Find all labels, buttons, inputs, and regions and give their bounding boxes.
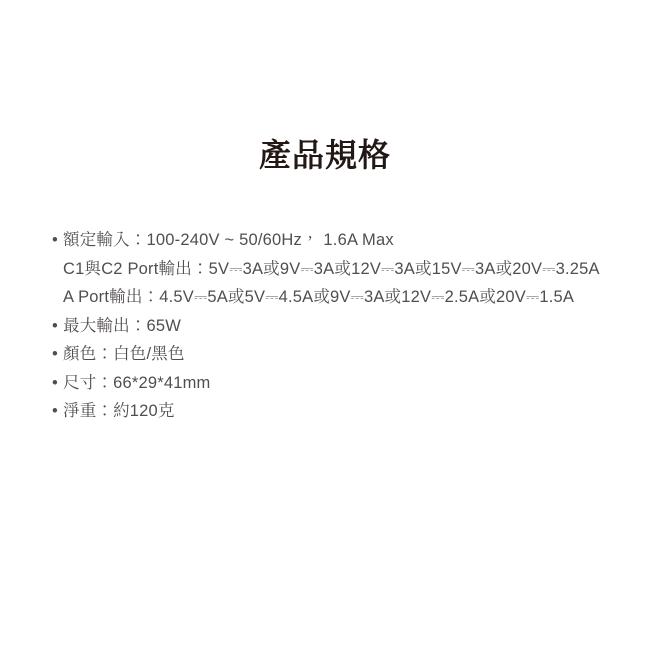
spec-item-weight: • 淨重：約120克: [52, 397, 620, 426]
spec-text: 淨重：約120克: [63, 397, 175, 426]
spec-text: C1與C2 Port輸出：5V⎓3A或9V⎓3A或12V⎓3A或15V⎓3A或2…: [63, 255, 600, 284]
spec-text: 最大輸出：65W: [63, 312, 181, 341]
spec-item-color: • 顏色：白色/黑色: [52, 340, 620, 369]
page-title: 產品規格: [0, 139, 650, 171]
spec-text: 額定輸入：100-240V ~ 50/60Hz， 1.6A Max: [63, 226, 394, 255]
spec-item-c-port-output: C1與C2 Port輸出：5V⎓3A或9V⎓3A或12V⎓3A或15V⎓3A或2…: [52, 255, 620, 284]
product-spec-page: 產品規格 • 額定輸入：100-240V ~ 50/60Hz， 1.6A Max…: [0, 0, 650, 650]
bullet-marker: •: [52, 397, 63, 426]
spec-list: • 額定輸入：100-240V ~ 50/60Hz， 1.6A Max C1與C…: [52, 226, 620, 426]
spec-text: 顏色：白色/黑色: [63, 340, 185, 369]
spec-text: A Port輸出：4.5V⎓5A或5V⎓4.5A或9V⎓3A或12V⎓2.5A或…: [63, 283, 574, 312]
bullet-marker: •: [52, 312, 63, 341]
spec-item-max-output: • 最大輸出：65W: [52, 312, 620, 341]
spec-text: 尺寸：66*29*41mm: [63, 369, 211, 398]
bullet-marker: •: [52, 226, 63, 255]
bullet-marker: •: [52, 340, 63, 369]
spec-item-a-port-output: A Port輸出：4.5V⎓5A或5V⎓4.5A或9V⎓3A或12V⎓2.5A或…: [52, 283, 620, 312]
bullet-marker: •: [52, 369, 63, 398]
spec-item-dimensions: • 尺寸：66*29*41mm: [52, 369, 620, 398]
spec-item-rated-input: • 額定輸入：100-240V ~ 50/60Hz， 1.6A Max: [52, 226, 620, 255]
